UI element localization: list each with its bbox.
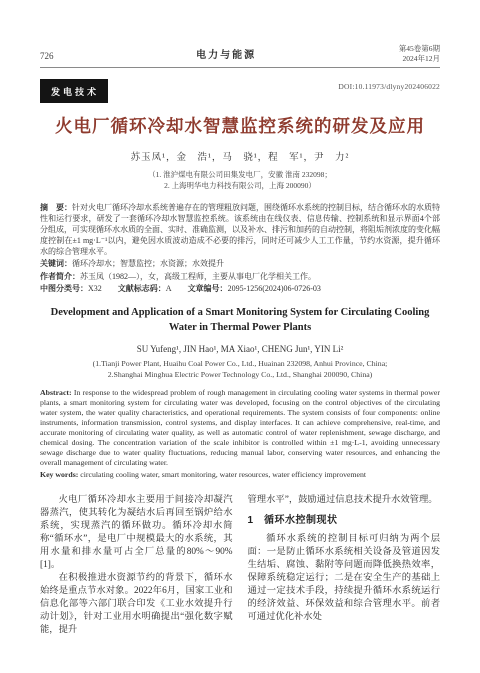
author-bio-label: 作者简介： xyxy=(40,272,80,281)
title-en-line1: Development and Application of a Smart M… xyxy=(40,305,440,320)
page-number: 726 xyxy=(40,51,54,63)
article-title-en: Development and Application of a Smart M… xyxy=(40,305,440,335)
keywords-en-label: Key words: xyxy=(40,470,80,479)
body-paragraph: 循环水系统的控制目标可归纳为两个层面：一是防止循环水系统相关设备及管道因发生结垢… xyxy=(248,533,441,624)
section-1-heading: 1 循环水控制现状 xyxy=(248,514,441,527)
author-bio-text: 苏玉凤（1982—），女，高级工程师，主要从事电厂化学相关工作。 xyxy=(80,272,316,281)
body-right-column: 管理水平”，鼓励通过信息技术提升水效管理。 1 循环水控制现状 循环水系统的控制… xyxy=(248,494,441,637)
paper-page: 726 电力与能源 第45卷第6期 2024年12月 发电技术 DOI:10.1… xyxy=(0,0,480,673)
affiliation-en-1: (1.Tianji Power Plant, Huaihu Coal Power… xyxy=(40,358,440,369)
author-bio: 作者简介：苏玉凤（1982—），女，高级工程师，主要从事电厂化学相关工作。 xyxy=(40,271,440,283)
abstract-cn-label: 摘 要： xyxy=(40,203,72,212)
article-title-cn: 火电厂循环冷却水智慧监控系统的研发及应用 xyxy=(40,113,440,138)
keywords-cn-text: 循环冷却水；智慧监控；水资源；水效提升 xyxy=(72,259,224,268)
affiliation-cn-1: （1. 淮沪煤电有限公司田集发电厂，安徽 淮南 232098； xyxy=(40,169,440,180)
journal-name: 电力与能源 xyxy=(196,46,256,63)
keywords-en-text: circulating cooling water, smart monitor… xyxy=(80,470,366,479)
issue-date: 2024年12月 xyxy=(399,54,440,64)
body-left-column: 火电厂循环冷却水主要用于间接冷却凝汽器蒸汽，使其转化为凝结水后再回至锅炉给水系统… xyxy=(40,494,233,637)
body-paragraph: 火电厂循环冷却水主要用于间接冷却凝汽器蒸汽，使其转化为凝结水后再回至锅炉给水系统… xyxy=(40,494,233,572)
issue-info: 第45卷第6期 2024年12月 xyxy=(399,44,440,63)
issue-volume: 第45卷第6期 xyxy=(399,44,440,54)
authors-en: SU Yufeng¹, JIN Hao¹, MA Xiao¹, CHENG Ju… xyxy=(40,344,440,354)
keywords-en: Key words: circulating cooling water, sm… xyxy=(40,470,440,480)
document-code: 文献标志码：A xyxy=(118,284,172,293)
abstract-en-text: In response to the widespread problem of… xyxy=(40,388,440,467)
clc-number: 中图分类号：X32 xyxy=(40,284,102,293)
affiliation-en-2: 2.Shanghai Minghua Electric Power Techno… xyxy=(40,369,440,380)
column-badge: 发电技术 xyxy=(40,79,108,103)
body-columns: 火电厂循环冷却水主要用于间接冷却凝汽器蒸汽，使其转化为凝结水后再回至锅炉给水系统… xyxy=(40,494,440,637)
authors-cn: 苏玉凤¹，金 浩¹，马 骁¹，程 军¹，尹 力² xyxy=(40,149,440,163)
article-id: 文章编号：2095-1256(2024)06-0726-03 xyxy=(188,284,321,293)
title-en-line2: Water in Thermal Power Plants xyxy=(40,320,440,335)
classification-row: 中图分类号：X32 文献标志码：A 文章编号：2095-1256(2024)06… xyxy=(40,283,440,295)
abstract-cn: 摘 要：针对火电厂循环冷却水系统普遍存在的管理粗放问题，围绕循环水系统的控制目标… xyxy=(40,202,440,257)
abstract-en-label: Abstract: xyxy=(40,388,74,397)
header-divider xyxy=(40,67,440,68)
keywords-cn: 关键词：循环冷却水；智慧监控；水资源；水效提升 xyxy=(40,258,440,270)
abstract-en: Abstract: In response to the widespread … xyxy=(40,388,440,468)
doi-text: DOI:10.11973/dlyny202406022 xyxy=(338,79,440,91)
abstract-cn-text: 针对火电厂循环冷却水系统普遍存在的管理粗放问题，围绕循环水系统的控制目标，结合循… xyxy=(40,203,440,256)
keywords-cn-label: 关键词： xyxy=(40,259,72,268)
badge-row: 发电技术 DOI:10.11973/dlyny202406022 xyxy=(40,79,440,103)
body-paragraph-continuation: 管理水平”，鼓励通过信息技术提升水效管理。 xyxy=(248,494,441,507)
journal-header: 726 电力与能源 第45卷第6期 2024年12月 xyxy=(40,44,440,63)
affiliation-cn-2: 2. 上海明华电力科技有限公司，上海 200090） xyxy=(40,180,440,191)
body-paragraph: 在积极推进水资源节约的背景下，循环水始终是重点节水对象。2022年6月，国家工业… xyxy=(40,572,233,637)
